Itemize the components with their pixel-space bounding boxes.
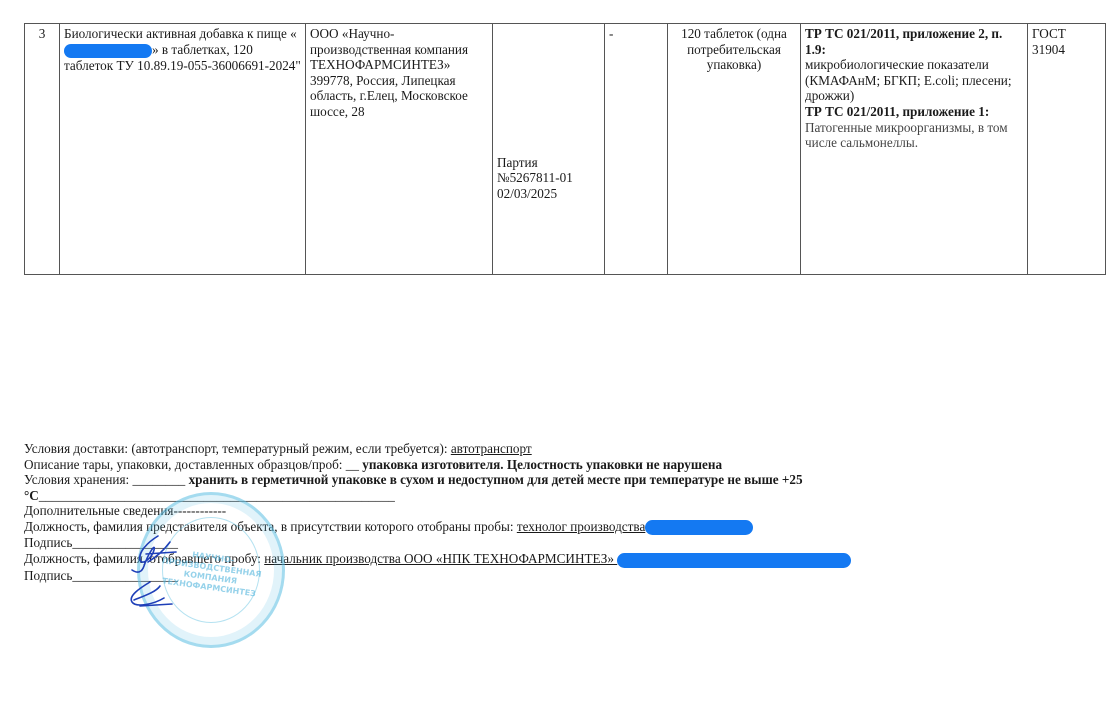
delivery-value: автотранспорт	[451, 441, 532, 456]
representative-info: Должность, фамилия представителя объекта…	[24, 519, 1104, 535]
additional-info: Дополнительные сведения------------	[24, 503, 1104, 519]
signature-line-2: Подпись________________	[24, 568, 1104, 584]
requirement-text-1: микробиологические показатели (КМАФАнМ; …	[805, 57, 1023, 104]
product-name-prefix: Биологически активная добавка к пище «	[64, 26, 297, 41]
storage-value: хранить в герметичной упаковке в сухом и…	[189, 472, 803, 487]
sample-table: 3 Биологически активная добавка к пище «…	[24, 23, 1106, 275]
sampler-value: начальник производства ООО «НПК ТЕХНОФАР…	[264, 551, 851, 566]
requirement-text-2: Патогенные микроорганизмы, в том числе с…	[805, 120, 1023, 151]
quantity-cell: 120 таблеток (одна потребительская упако…	[668, 24, 801, 275]
batch-label: Партия	[497, 155, 600, 171]
representative-value: технолог производства	[517, 519, 754, 534]
requirements-cell: ТР ТС 021/2011, приложение 2, п. 1.9: ми…	[801, 24, 1028, 275]
row-number: 3	[25, 24, 60, 275]
redacted-product-name	[64, 44, 152, 58]
storage-label: Условия хранения: ________	[24, 472, 189, 487]
redacted-sampler-name	[617, 553, 851, 568]
storage-conditions: Условия хранения: ________ хранить в гер…	[24, 472, 1104, 488]
sampler-label: Должность, фамилия, отобравшего пробу:	[24, 551, 264, 566]
requirement-ref-2: ТР ТС 021/2011, приложение 1:	[805, 104, 1023, 120]
method-cell: ГОСТ 31904	[1028, 24, 1106, 275]
sampling-footer: Условия доставки: (автотранспорт, темпер…	[24, 441, 1104, 583]
storage-unit-line: °С______________________________________…	[24, 488, 1104, 504]
storage-unit: °С	[24, 488, 39, 503]
batch-number: №5267811-01	[497, 170, 600, 186]
manufacturer-cell: ООО «Научно-производственная компания ТЕ…	[306, 24, 493, 275]
sampler-info: Должность, фамилия, отобравшего пробу: н…	[24, 551, 1104, 567]
packaging-value: упаковка изготовителя. Целостность упако…	[362, 457, 722, 472]
signature-line-1: Подпись________________	[24, 535, 1104, 551]
dash-cell: -	[605, 24, 668, 275]
batch-date: 02/03/2025	[497, 186, 600, 202]
storage-underline: ________________________________________…	[39, 488, 395, 503]
delivery-conditions: Условия доставки: (автотранспорт, темпер…	[24, 441, 1104, 457]
product-cell: Биологически активная добавка к пище «» …	[60, 24, 306, 275]
packaging-label: Описание тары, упаковки, доставленных об…	[24, 457, 362, 472]
representative-label: Должность, фамилия представителя объекта…	[24, 519, 517, 534]
delivery-label: Условия доставки: (автотранспорт, темпер…	[24, 441, 451, 456]
packaging-description: Описание тары, упаковки, доставленных об…	[24, 457, 1104, 473]
table-row: 3 Биологически активная добавка к пище «…	[25, 24, 1106, 275]
batch-cell: Партия №5267811-01 02/03/2025	[493, 24, 605, 275]
redacted-representative-name	[645, 520, 753, 535]
requirement-ref-1: ТР ТС 021/2011, приложение 2, п. 1.9:	[805, 26, 1023, 57]
